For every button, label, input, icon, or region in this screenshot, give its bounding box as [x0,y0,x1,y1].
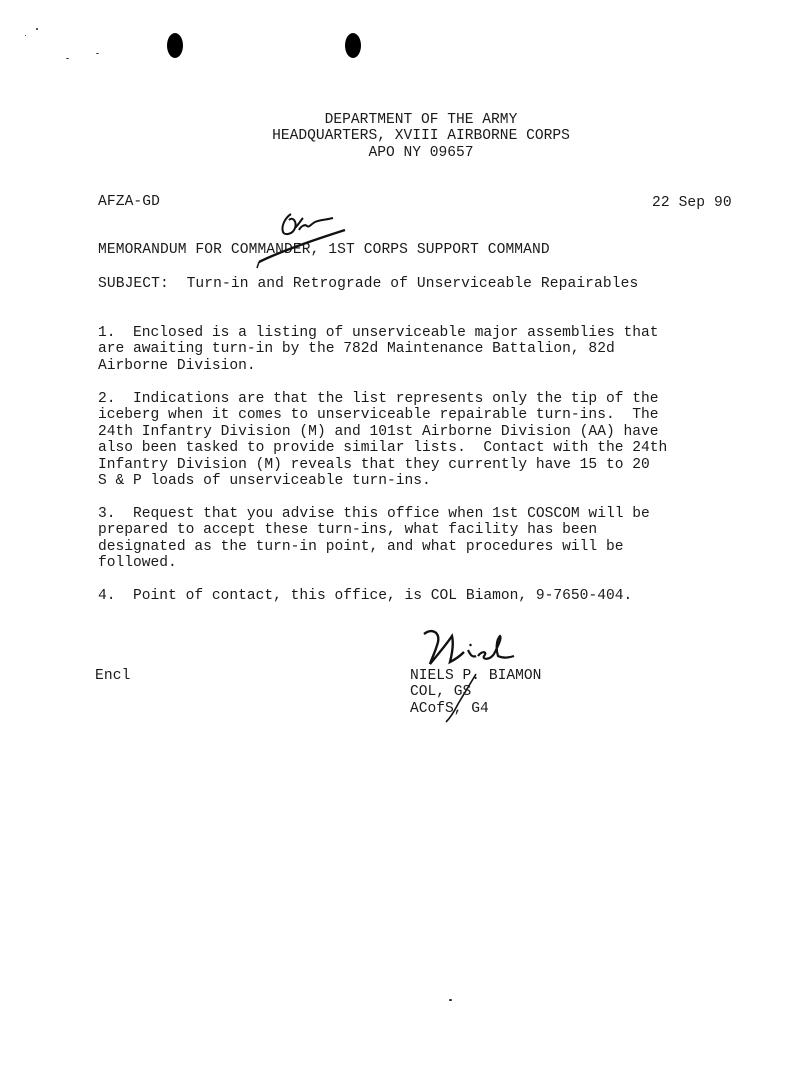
paragraph-line: 1. Enclosed is a listing of unserviceabl… [98,325,738,341]
paragraph-line: S & P loads of unserviceable turn-ins. [98,473,738,489]
letterhead-department: DEPARTMENT OF THE ARMY [0,112,808,128]
paragraph-line: 2. Indications are that the list represe… [98,391,738,407]
memo-date: 22 Sep 90 [652,195,732,211]
scan-speck [66,58,69,59]
punch-hole-right [345,33,361,58]
paragraph-line: designated as the turn-in point, and wha… [98,539,738,555]
signer-title: ACofS, G4 [410,701,541,717]
paragraph-3: 3. Request that you advise this office w… [98,506,738,572]
scan-speck [96,53,99,54]
paragraph-line: prepared to accept these turn-ins, what … [98,522,738,538]
scan-speck [449,999,452,1001]
paragraph-4: 4. Point of contact, this office, is COL… [98,588,738,604]
paragraph-line: 4. Point of contact, this office, is COL… [98,588,738,604]
paragraph-line: iceberg when it comes to unserviceable r… [98,407,738,423]
memo-page: DEPARTMENT OF THE ARMY HEADQUARTERS, XVI… [0,0,808,1088]
signature-block: NIELS P. BIAMON COL, GS ACofS, G4 [410,668,541,717]
letterhead-apo: APO NY 09657 [0,145,808,161]
signer-name: NIELS P. BIAMON [410,668,541,684]
letterhead-headquarters: HEADQUARTERS, XVIII AIRBORNE CORPS [0,128,808,144]
enclosure-label: Encl [95,668,130,684]
subject-line: SUBJECT: Turn-in and Retrograde of Unser… [98,276,638,292]
scan-speck [25,35,26,36]
scan-speck [36,28,38,30]
office-symbol: AFZA-GD [98,194,160,210]
letterhead: DEPARTMENT OF THE ARMY HEADQUARTERS, XVI… [0,112,808,161]
paragraph-line: Airborne Division. [98,358,738,374]
paragraph-line: followed. [98,555,738,571]
paragraph-line: Infantry Division (M) reveals that they … [98,457,738,473]
punch-hole-left [167,33,183,58]
handwritten-initials [255,210,355,270]
paragraph-line: are awaiting turn-in by the 782d Mainten… [98,341,738,357]
paragraph-2: 2. Indications are that the list represe… [98,391,738,489]
paragraph-line: 3. Request that you advise this office w… [98,506,738,522]
paragraph-line: 24th Infantry Division (M) and 101st Air… [98,424,738,440]
paragraph-1: 1. Enclosed is a listing of unserviceabl… [98,325,738,374]
signer-rank: COL, GS [410,684,541,700]
paragraph-line: also been tasked to provide similar list… [98,440,738,456]
